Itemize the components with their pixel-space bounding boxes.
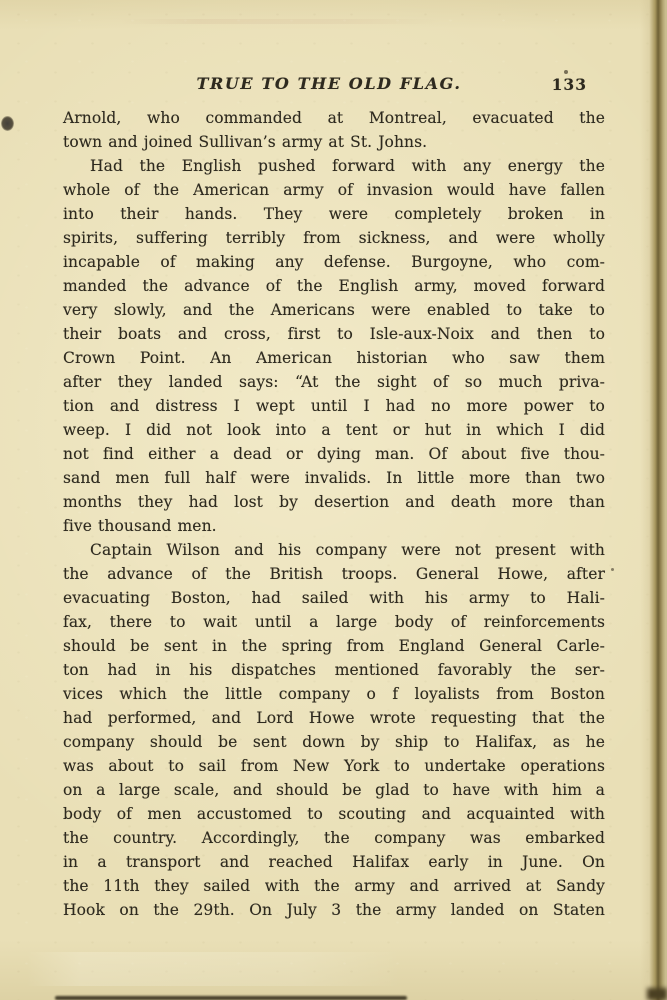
text-line: Crown Point. An American historian who s… [63, 346, 605, 370]
paragraph: Captain Wilson and his company were not … [63, 538, 605, 922]
text-line: Captain Wilson and his company were not … [63, 538, 605, 562]
ink-spot [1, 116, 14, 131]
page-body: Arnold, who commanded at Montreal, evacu… [63, 106, 605, 922]
text-line: manded the advance of the English army, … [63, 274, 605, 298]
text-line: weep. I did not look into a tent or hut … [63, 418, 605, 442]
paragraph: Had the English pushed forward with any … [63, 154, 605, 538]
text-line: ton had in his dispatches mentioned favo… [63, 658, 605, 682]
text-line: town and joined Sullivan’s army at St. J… [63, 130, 605, 154]
page-title: TRUE TO THE OLD FLAG. [58, 74, 600, 93]
paper-speck [611, 568, 614, 571]
paper-speck [564, 70, 568, 74]
text-line: the country. Accordingly, the company wa… [63, 826, 605, 850]
text-line: very slowly, and the Americans were enab… [63, 298, 605, 322]
text-line: the 11th they sailed with the army and a… [63, 874, 605, 898]
text-line: body of men accustomed to scouting and a… [63, 802, 605, 826]
text-line: was about to sail from New York to under… [63, 754, 605, 778]
text-line: their boats and cross, first to Isle-aux… [63, 322, 605, 346]
text-line: Hook on the 29th. On July 3 the army lan… [63, 898, 605, 922]
text-line: whole of the American army of invasion w… [63, 178, 605, 202]
text-line: evacuating Boston, had sailed with his a… [63, 586, 605, 610]
book-page-scan: TRUE TO THE OLD FLAG. 133 Arnold, who co… [0, 0, 667, 1000]
text-line: months they had lost by desertion and de… [63, 490, 605, 514]
text-line: into their hands. They were completely b… [63, 202, 605, 226]
paragraph: Arnold, who commanded at Montreal, evacu… [63, 106, 605, 154]
text-line: Arnold, who commanded at Montreal, evacu… [63, 106, 605, 130]
text-line: sand men full half were invalids. In lit… [63, 466, 605, 490]
text-line: fax, there to wait until a large body of… [63, 610, 605, 634]
text-line: in a transport and reached Halifax early… [63, 850, 605, 874]
text-line: vices which the little company o f loyal… [63, 682, 605, 706]
paper-speck [118, 409, 122, 412]
book-edge-shadow [640, 0, 667, 1000]
scan-artifact-bottom-line [55, 996, 407, 1000]
text-line: should be sent in the spring from Englan… [63, 634, 605, 658]
text-line: five thousand men. [63, 514, 605, 538]
scan-artifact-corner [647, 988, 667, 1000]
text-line: spirits, suffering terribly from sicknes… [63, 226, 605, 250]
text-line: tion and distress I wept until I had no … [63, 394, 605, 418]
text-line: the advance of the British troops. Gener… [63, 562, 605, 586]
text-line: had performed, and Lord Howe wrote reque… [63, 706, 605, 730]
text-line: on a large scale, and should be glad to … [63, 778, 605, 802]
text-line: company should be sent down by ship to H… [63, 730, 605, 754]
text-line: not find either a dead or dying man. Of … [63, 442, 605, 466]
page-number: 133 [552, 75, 587, 94]
running-head: TRUE TO THE OLD FLAG. 133 [63, 74, 605, 96]
text-line: Had the English pushed forward with any … [63, 154, 605, 178]
text-line: after they landed says: “At the sight of… [63, 370, 605, 394]
text-line: incapable of making any defense. Burgoyn… [63, 250, 605, 274]
